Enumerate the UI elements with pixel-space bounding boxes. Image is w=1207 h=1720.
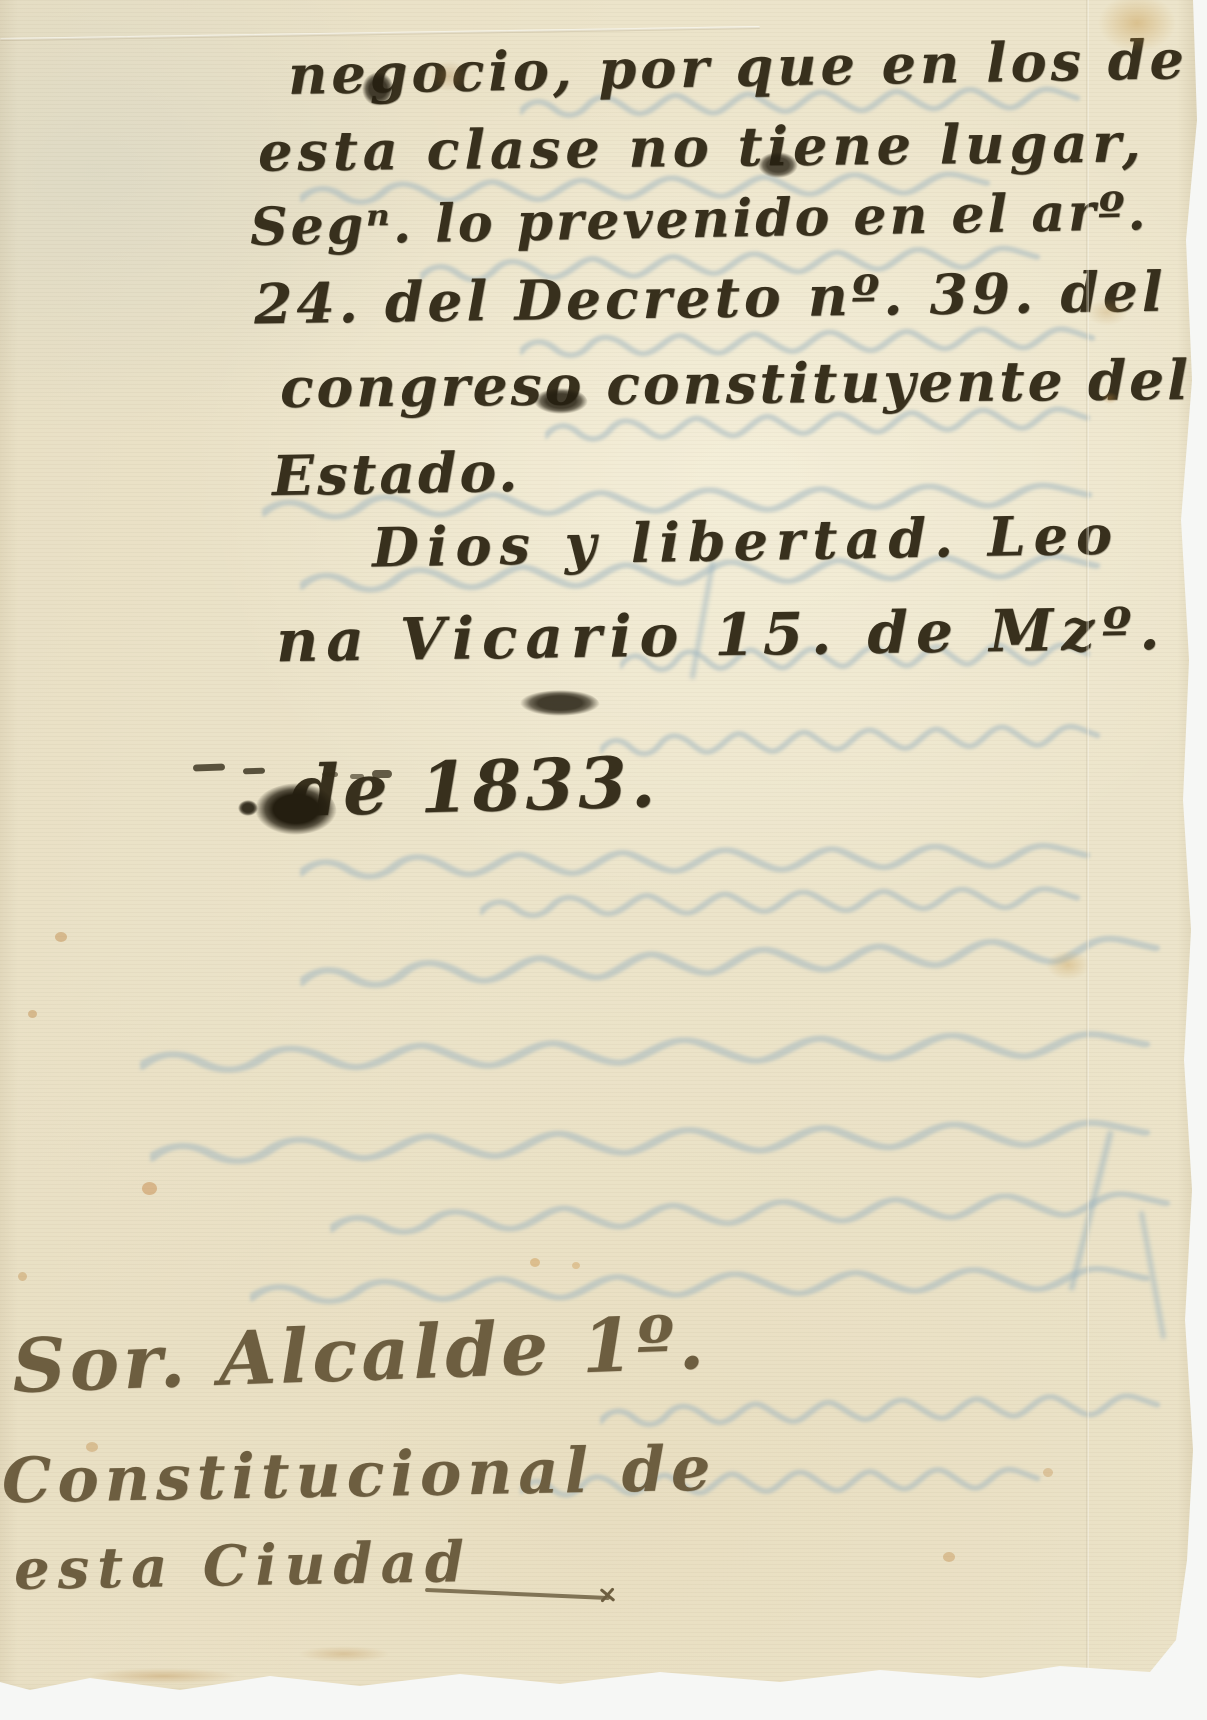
scanned-manuscript: negocio, por que en los de esta clase no… [0,0,1207,1720]
manuscript-page: negocio, por que en los de esta clase no… [0,0,1207,1720]
paper-edge-shading [0,0,1207,1720]
